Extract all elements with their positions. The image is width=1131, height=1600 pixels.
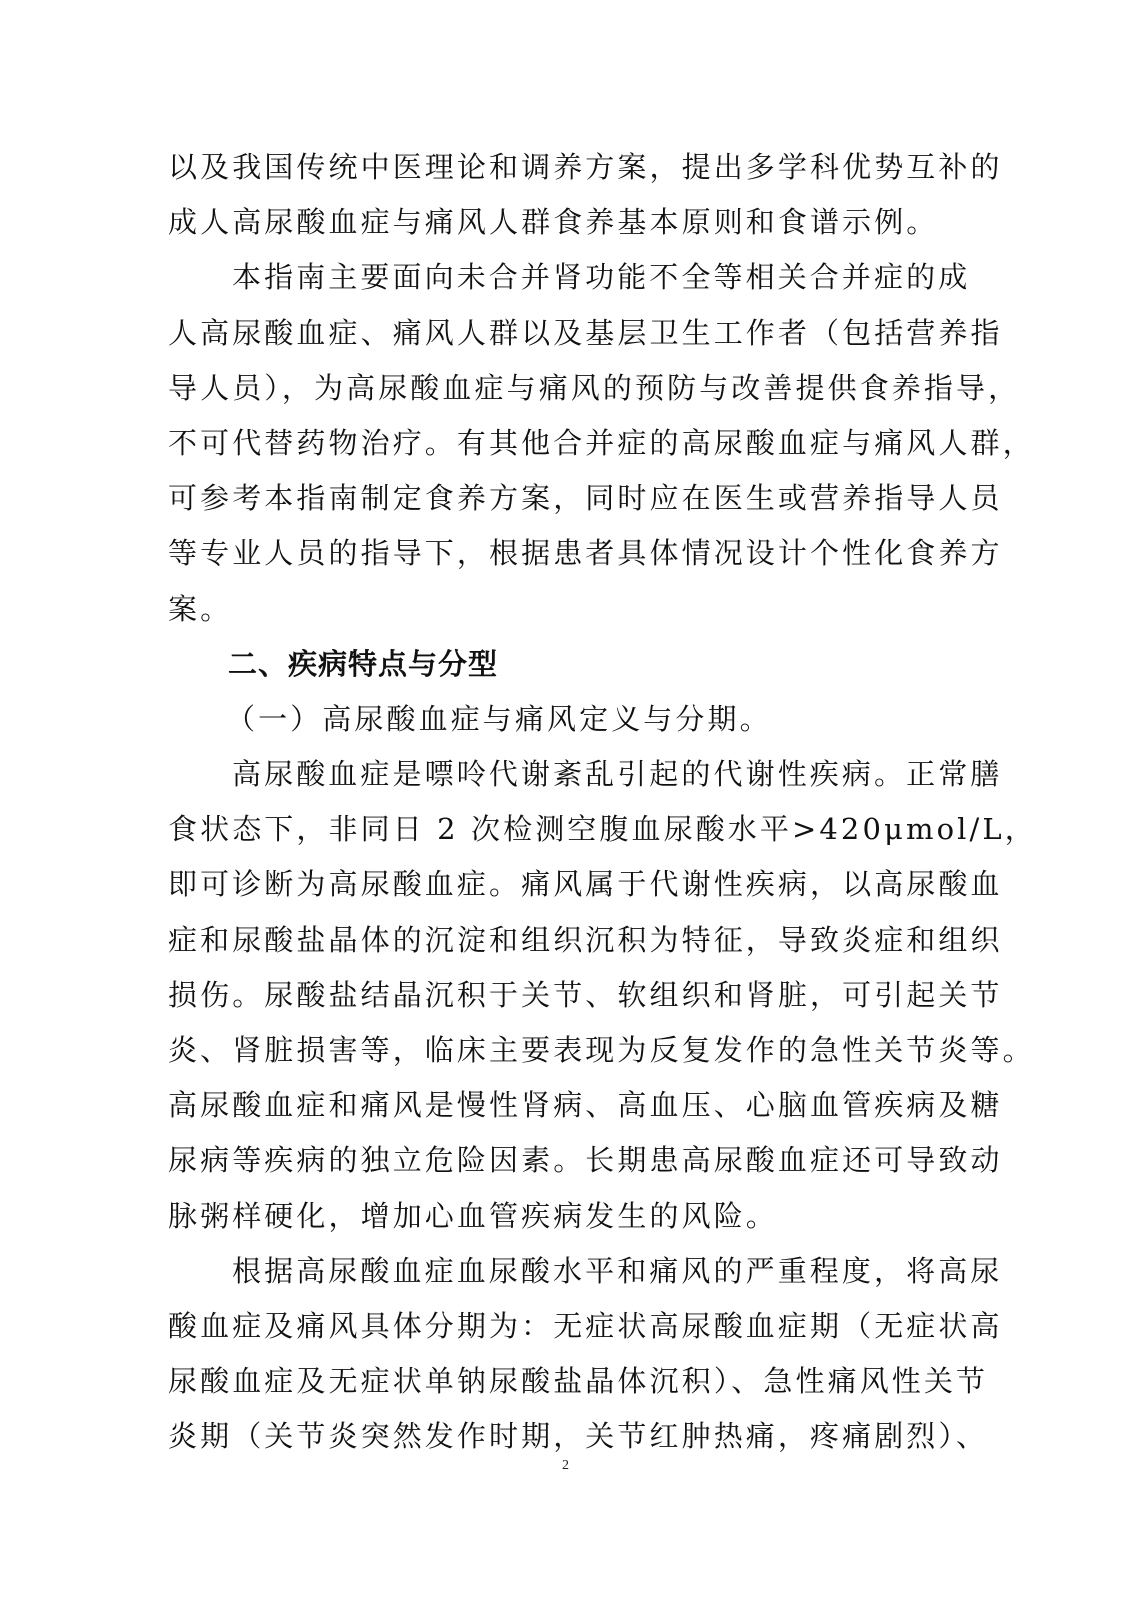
text-line: 人高尿酸血症、痛风人群以及基层卫生工作者（包括营养指 <box>168 306 944 361</box>
text-line: 即可诊断为高尿酸血症。痛风属于代谢性疾病，以高尿酸血 <box>168 857 944 912</box>
text-line: 等专业人员的指导下，根据患者具体情况设计个性化食养方 <box>168 526 944 581</box>
text-line: 尿酸血症及无症状单钠尿酸盐晶体沉积）、急性痛风性关节 <box>168 1354 944 1409</box>
page-number: 2 <box>0 1458 1131 1474</box>
text-line: 成人高尿酸血症与痛风人群食养基本原则和食谱示例。 <box>168 195 944 250</box>
text-line: 可参考本指南制定食养方案，同时应在医生或营养指导人员 <box>168 471 944 526</box>
text-line: 高尿酸血症和痛风是慢性肾病、高血压、心脑血管疾病及糖 <box>168 1078 944 1133</box>
text-line: 尿病等疾病的独立危险因素。长期患高尿酸血症还可导致动 <box>168 1133 944 1188</box>
body-text: 以及我国传统中医理论和调养方案，提出多学科优势互补的成人高尿酸血症与痛风人群食养… <box>168 140 944 1465</box>
text-line: 高尿酸血症是嘌呤代谢紊乱引起的代谢性疾病。正常膳 <box>168 747 944 802</box>
subsection-heading: （一）高尿酸血症与痛风定义与分期。 <box>168 692 944 747</box>
text-line: 炎、肾脏损害等，临床主要表现为反复发作的急性关节炎等。 <box>168 1023 944 1078</box>
text-line: 症和尿酸盐晶体的沉淀和组织沉积为特征，导致炎症和组织 <box>168 913 944 968</box>
text-line: 导人员），为高尿酸血症与痛风的预防与改善提供食养指导， <box>168 361 944 416</box>
text-line: 案。 <box>168 582 944 637</box>
text-line: 损伤。尿酸盐结晶沉积于关节、软组织和肾脏，可引起关节 <box>168 968 944 1023</box>
document-page: 以及我国传统中医理论和调养方案，提出多学科优势互补的成人高尿酸血症与痛风人群食养… <box>0 0 1131 1600</box>
text-line: 食状态下，非同日 2 次检测空腹血尿酸水平>420μmol/L， <box>168 802 944 857</box>
text-line: 根据高尿酸血症血尿酸水平和痛风的严重程度，将高尿 <box>168 1244 944 1299</box>
text-line: 不可代替药物治疗。有其他合并症的高尿酸血症与痛风人群， <box>168 416 944 471</box>
text-line: 以及我国传统中医理论和调养方案，提出多学科优势互补的 <box>168 140 944 195</box>
section-heading: 二、疾病特点与分型 <box>168 637 944 692</box>
text-line: 炎期（关节炎突然发作时期，关节红肿热痛，疼痛剧烈）、 <box>168 1409 944 1464</box>
text-line: 酸血症及痛风具体分期为：无症状高尿酸血症期（无症状高 <box>168 1299 944 1354</box>
text-line: 脉粥样硬化，增加心血管疾病发生的风险。 <box>168 1189 944 1244</box>
text-line: 本指南主要面向未合并肾功能不全等相关合并症的成 <box>168 250 944 305</box>
